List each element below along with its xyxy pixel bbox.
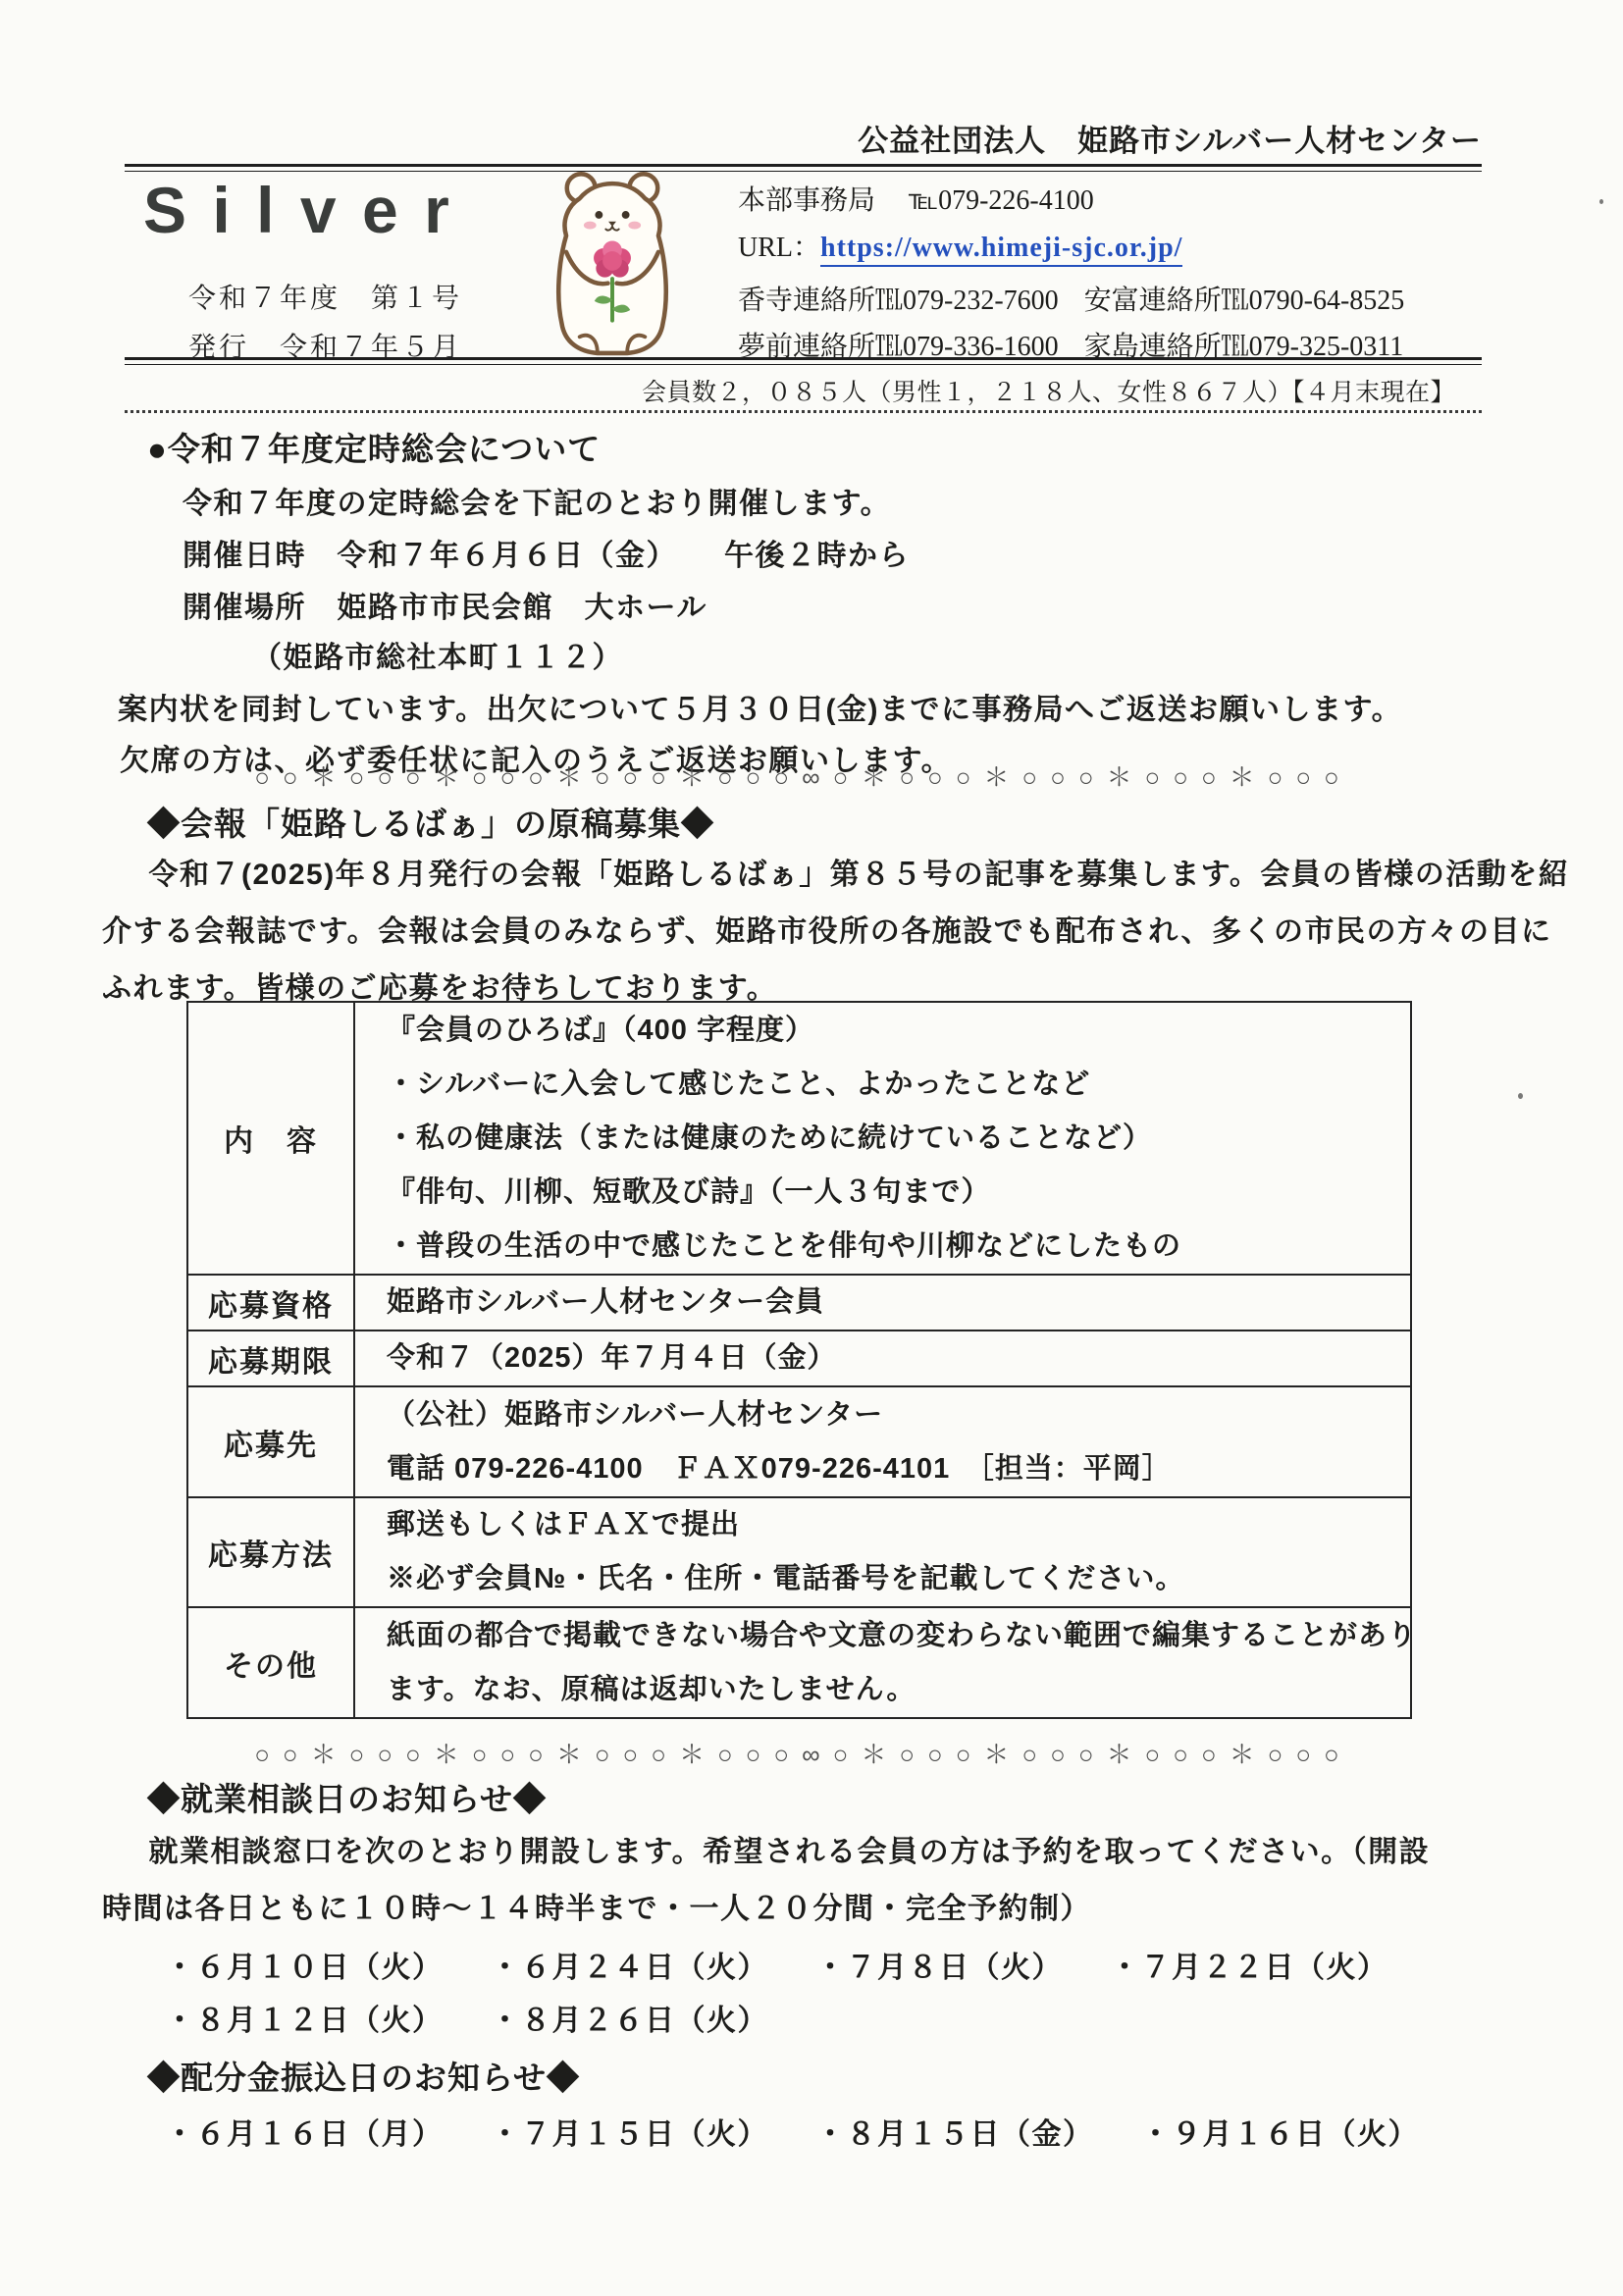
url-line: URL：https://www.himeji-sjc.or.jp/ <box>738 226 1404 279</box>
meeting-datetime: 開催日時 令和７年６月６日（金） 午後２時から <box>183 531 910 574</box>
circle-divider-2: ○○＊○○○＊○○○＊○○○＊○○○∞○＊○○○＊○○○＊○○○＊○○○ <box>125 1735 1482 1771</box>
section-title-article-call: ◆会報「姫路しるばぁ」の原稿募集◆ <box>147 799 714 845</box>
circle-divider-1: ○○＊○○○＊○○○＊○○○＊○○○∞○＊○○○＊○○○＊○○○＊○○○ <box>125 757 1482 794</box>
table-row-destination: 応募先 （公社）姫路市シルバー人材センター 電話 079-226-4100 ＦＡ… <box>188 1387 1410 1498</box>
corporate-name: 公益社団法人 姫路市シルバー人材センター <box>858 116 1482 160</box>
payment-dates: ・６月１６日（月） ・７月１５日（火） ・８月１５日（金） ・９月１６日（火） <box>165 2110 1419 2153</box>
contact-block: 本部事務局℡079-226-4100 URL：https://www.himej… <box>738 179 1404 371</box>
url-label: URL： <box>738 233 820 263</box>
yasutomi-branch-phone: 安富連絡所℡0790-64-8525 <box>1084 286 1405 316</box>
membership-count: 会員数２，０８５人（男性１，２１８人、女性８６７人）【４月末現在】 <box>642 373 1455 408</box>
bear-mascot-illustration <box>538 169 687 359</box>
article-call-paragraph-2: 介する会報誌です。会報は会員のみならず、姫路市役所の各施設でも配布され、多くの市… <box>102 907 1552 950</box>
scan-artifact-dot <box>1518 1093 1523 1099</box>
scan-artifact-dot <box>1599 199 1603 204</box>
row-value-destination: （公社）姫路市シルバー人材センター 電話 079-226-4100 ＦＡＸ079… <box>355 1387 1172 1496</box>
consultation-dates-2: ・８月１２日（火） ・８月２６日（火） <box>165 1996 768 2039</box>
row-label-content: 内 容 <box>188 1003 355 1274</box>
bear-with-carnation-icon <box>538 169 687 359</box>
table-row-method: 応募方法 郵送もしくはＦＡＸで提出 ※必ず会員№・氏名・住所・電話番号を記載して… <box>188 1498 1410 1608</box>
silver-logo: Silver <box>143 173 475 247</box>
meeting-place: 開催場所 姫路市市民会館 大ホール <box>183 583 707 626</box>
row-label-destination: 応募先 <box>188 1387 355 1496</box>
row-value-deadline: 令和７（2025）年７月４日（金） <box>355 1331 837 1385</box>
section-title-consultation: ◆就業相談日のお知らせ◆ <box>147 1774 547 1820</box>
newsletter-page: 公益社団法人 姫路市シルバー人材センター Silver 令和７年度 第１号 発行… <box>0 0 1623 2296</box>
hq-label: 本部事務局 <box>738 185 875 216</box>
header-bottom-rule <box>125 357 1482 365</box>
hq-phone: ℡079-226-4100 <box>909 185 1094 216</box>
membership-dotted-rule <box>125 410 1482 413</box>
meeting-note-1: 案内状を同封しています。出欠について５月３０日(金)までに事務局へご返送お願いし… <box>118 685 1402 728</box>
meeting-address: （姫路市総社本町１１２） <box>252 633 623 676</box>
article-call-paragraph-1: 令和７(2025)年８月発行の会報「姫路しるばぁ」第８５号の記事を募集します。会… <box>118 850 1569 893</box>
consultation-paragraph-1: 就業相談窓口を次のとおり開設します。希望される会員の方は予約を取ってください。（… <box>118 1827 1430 1870</box>
table-row-content: 内 容 『会員のひろば』（400 字程度） ・シルバーに入会して感じたこと、よか… <box>188 1003 1410 1276</box>
kodera-branch-phone: 香寺連絡所℡079-232-7600 <box>738 286 1059 316</box>
header-top-rule <box>125 164 1482 172</box>
table-row-eligibility: 応募資格 姫路市シルバー人材センター会員 <box>188 1276 1410 1331</box>
section-title-payment: ◆配分金振込日のお知らせ◆ <box>147 2053 580 2099</box>
row-label-eligibility: 応募資格 <box>188 1276 355 1330</box>
consultation-dates-1: ・６月１０日（火） ・６月２４日（火） ・７月８日（火） ・７月２２日（火） <box>165 1943 1388 1986</box>
table-row-deadline: 応募期限 令和７（2025）年７月４日（金） <box>188 1331 1410 1387</box>
website-link[interactable]: https://www.himeji-sjc.or.jp/ <box>820 233 1182 267</box>
consultation-paragraph-2: 時間は各日ともに１０時～１４時半まで・一人２０分間・完全予約制） <box>102 1884 1091 1927</box>
issue-number: 令和７年度 第１号 <box>188 277 462 316</box>
row-label-deadline: 応募期限 <box>188 1331 355 1385</box>
hq-contact-line: 本部事務局℡079-226-4100 <box>738 179 1404 226</box>
table-row-other: その他 紙面の都合で掲載できない場合や文意の変わらない範囲で編集することがあり … <box>188 1608 1410 1717</box>
row-label-method: 応募方法 <box>188 1498 355 1606</box>
submission-table: 内 容 『会員のひろば』（400 字程度） ・シルバーに入会して感じたこと、よか… <box>186 1001 1412 1719</box>
general-meeting-intro: 令和７年度の定時総会を下記のとおり開催します。 <box>183 479 891 522</box>
row-value-other: 紙面の都合で掲載できない場合や文意の変わらない範囲で編集することがあり ます。な… <box>355 1608 1417 1717</box>
row-value-content: 『会員のひろば』（400 字程度） ・シルバーに入会して感じたこと、よかったこと… <box>355 1003 1181 1274</box>
row-value-method: 郵送もしくはＦＡＸで提出 ※必ず会員№・氏名・住所・電話番号を記載してください。 <box>355 1498 1184 1606</box>
branch-line-1: 香寺連絡所℡079-232-7600安富連絡所℡0790-64-8525 <box>738 279 1404 325</box>
row-value-eligibility: 姫路市シルバー人材センター会員 <box>355 1276 824 1330</box>
section-title-general-meeting: ●令和７年度定時総会について <box>147 424 601 470</box>
row-label-other: その他 <box>188 1608 355 1717</box>
